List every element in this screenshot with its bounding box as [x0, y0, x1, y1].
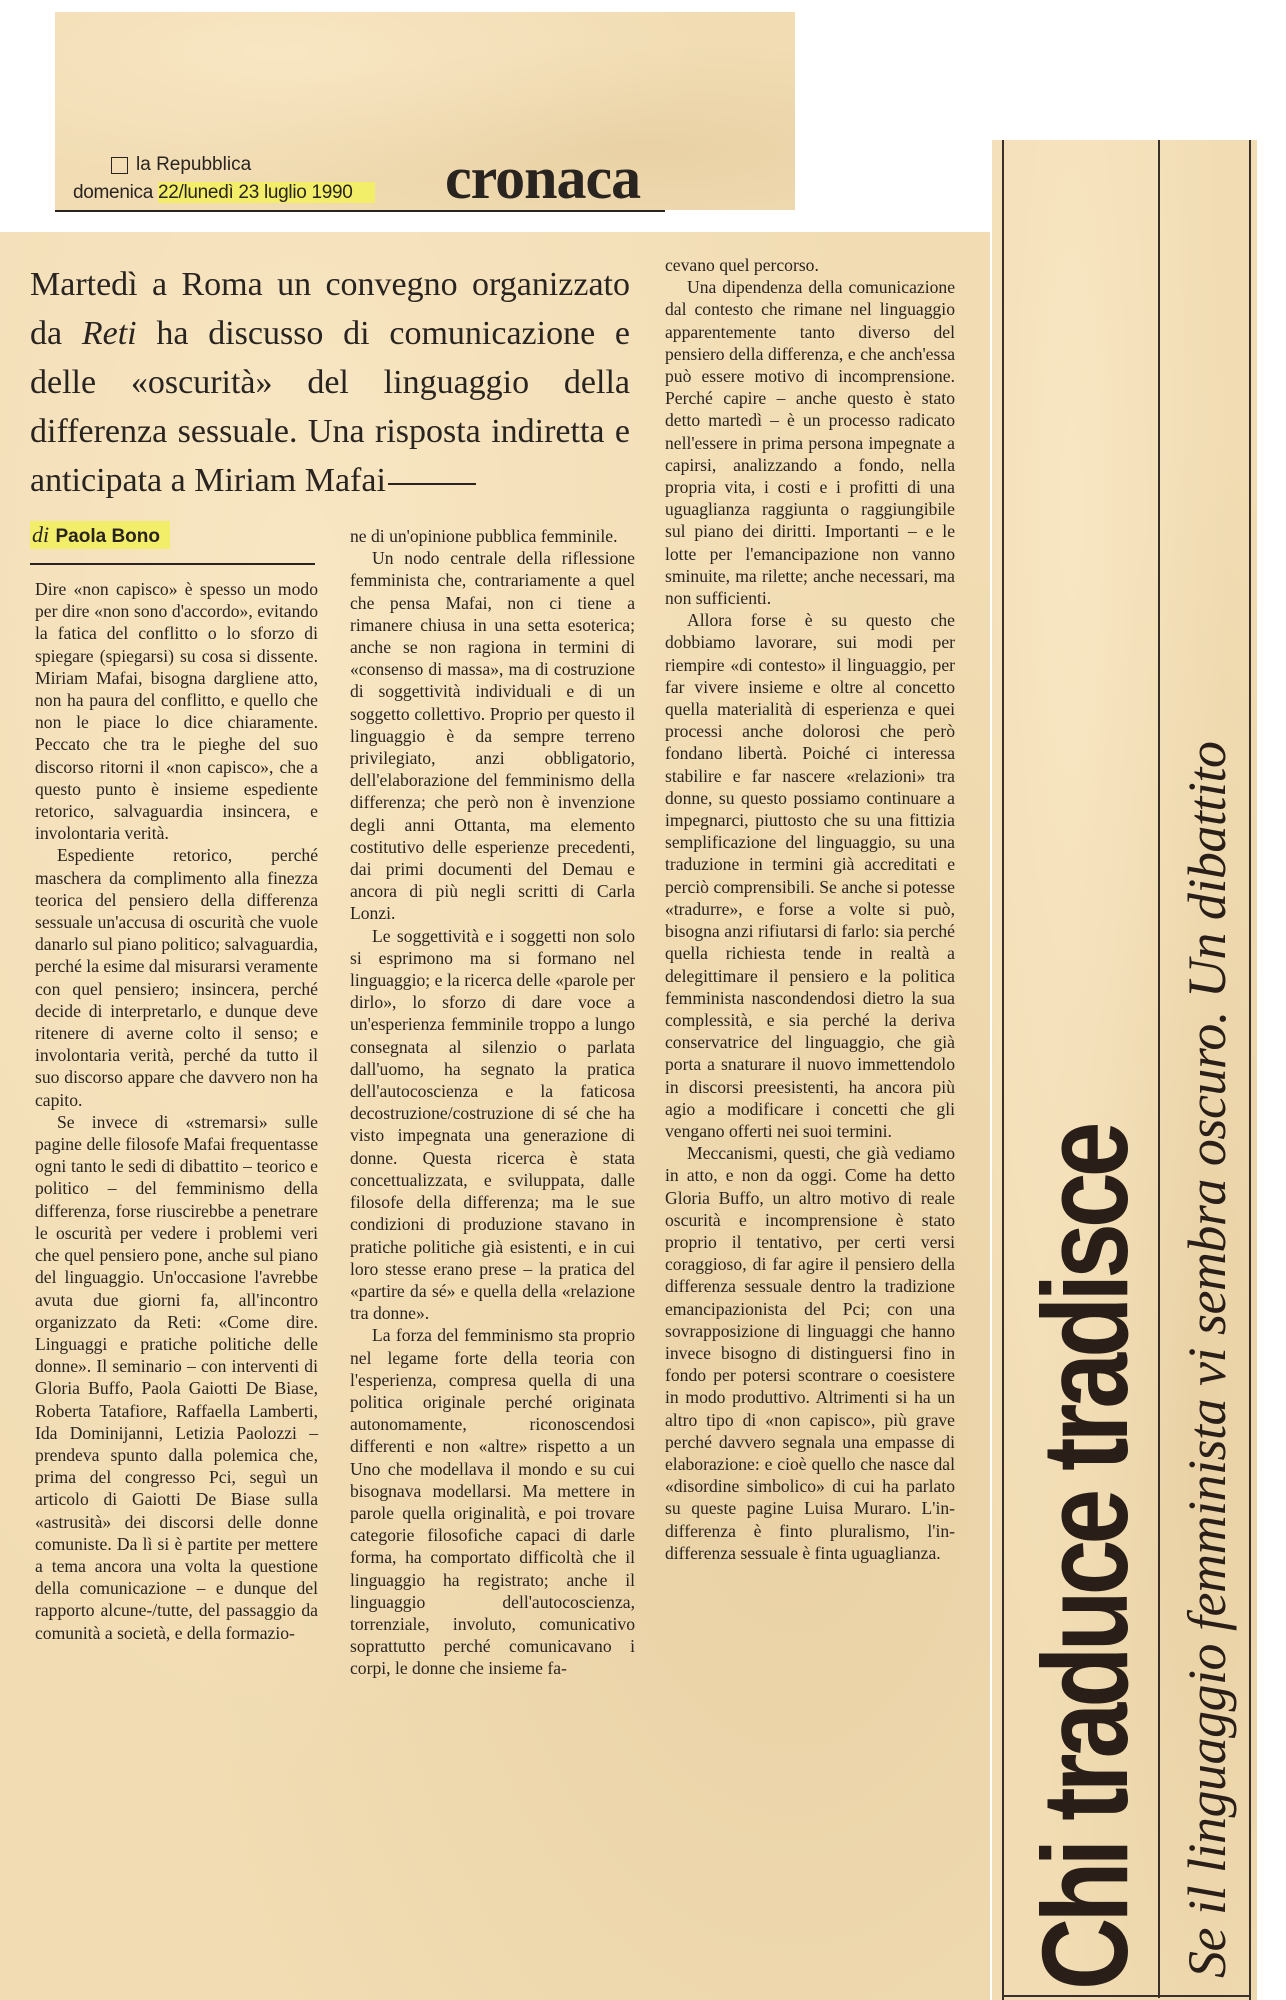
- article-deck: Martedì a Roma un convegno organizzato d…: [30, 260, 630, 505]
- article-column-3: cevano quel percorso. Una dipendenza del…: [665, 254, 955, 1564]
- byline: di Paola Bono: [30, 522, 170, 548]
- strip-border-left: [1002, 140, 1004, 2000]
- publication-date: domenica 22/lunedì 23 luglio 1990: [73, 182, 375, 204]
- date-highlighted: 22/lunedì 23 luglio 1990: [158, 182, 375, 203]
- headline: Chi traduce tradisce: [1020, 1127, 1150, 1990]
- article-column-2: ne di un'opinione pubblica femminile. Un…: [350, 525, 635, 1680]
- paragraph: Meccanismi, questi, che già vediamo in a…: [665, 1142, 955, 1564]
- header-divider: [55, 210, 665, 212]
- byline-author: Paola Bono: [55, 526, 160, 547]
- paragraph: Le soggettività e i soggetti non solo si…: [350, 925, 635, 1325]
- paragraph: cevano quel percorso.: [665, 254, 955, 276]
- date-prefix: domenica: [73, 182, 158, 203]
- paragraph: Espediente retorico, perché maschera da …: [35, 844, 318, 1110]
- byline-divider: [30, 563, 315, 565]
- headline-kicker: Se il linguaggio femminista vi sembra os…: [1172, 742, 1242, 1978]
- paragraph: ne di un'opinione pubblica femminile.: [350, 525, 635, 547]
- byline-highlight: di Paola Bono: [30, 521, 170, 549]
- header-clipping: la Repubblica domenica 22/lunedì 23 lugl…: [55, 12, 795, 210]
- article-column-1: Dire «non capisco» è spesso un modo per …: [35, 578, 318, 1644]
- byline-prefix: di: [32, 522, 49, 547]
- square-box-icon: [111, 157, 128, 174]
- article-clipping: Martedì a Roma un convegno organizzato d…: [0, 232, 990, 2000]
- section-title: cronaca: [445, 148, 640, 208]
- paragraph: La forza del femminismo sta proprio nel …: [350, 1324, 635, 1679]
- deck-end-rule: [388, 483, 476, 485]
- strip-divider: [1158, 140, 1160, 1998]
- paragraph: Allora forse è su questo che dobbiamo la…: [665, 609, 955, 1142]
- paragraph: Se invece di «stremarsi» sulle pagine de…: [35, 1111, 318, 1644]
- newspaper-name: la Repubblica: [136, 154, 251, 176]
- paragraph: Dire «non capisco» è spesso un modo per …: [35, 578, 318, 844]
- paragraph: Un nodo centrale della riflessione femmi…: [350, 547, 635, 924]
- deck-italic-reti: Reti: [82, 315, 137, 352]
- strip-border-right: [1249, 140, 1251, 2000]
- title-strip-clipping: Chi traduce tradisce Se il linguaggio fe…: [992, 140, 1257, 2000]
- strip-border-bottom: [1002, 1995, 1250, 1997]
- paragraph: Una dipendenza della comunicazione dal c…: [665, 276, 955, 609]
- masthead: la Repubblica: [111, 154, 251, 176]
